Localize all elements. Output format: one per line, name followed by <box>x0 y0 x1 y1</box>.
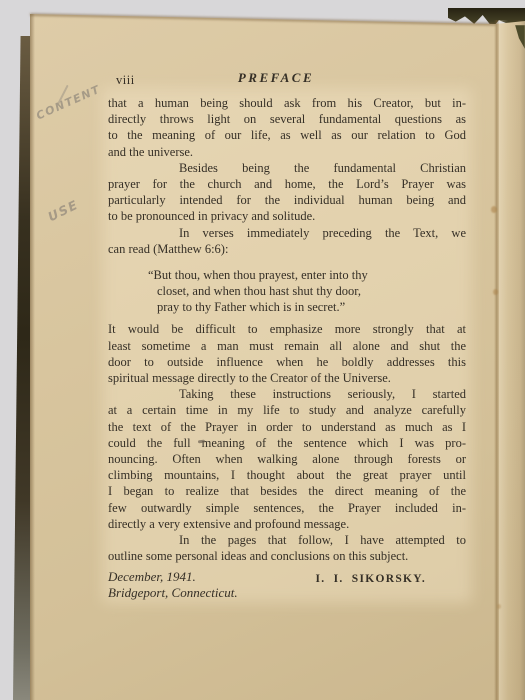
book-photo: viii PREFACE that a human being should a… <box>0 0 525 700</box>
foxing-spot <box>493 289 498 295</box>
body-text: that a human being should ask from his C… <box>108 95 466 564</box>
text-line: door to outside influence when he boldly… <box>108 354 466 370</box>
paragraph: It would be difficult to emphasize more … <box>108 321 466 386</box>
text-line: that a human being should ask from his C… <box>108 95 466 111</box>
text-line: pray to thy Father which is in secret.” <box>148 299 466 315</box>
text-line: In verses immediately preceding the Text… <box>108 225 466 241</box>
paragraph: Taking these instructions seriously, I s… <box>108 386 466 532</box>
page-number: viii <box>116 72 135 88</box>
text-line: Taking these instructions seriously, I s… <box>108 386 466 402</box>
page-crease <box>494 20 499 700</box>
paragraph: that a human being should ask from his C… <box>108 95 466 160</box>
closing-block: December, 1941. Bridgeport, Connecticut.… <box>108 569 466 600</box>
text-line: to be pronounced in privacy and solitude… <box>108 208 466 224</box>
text-line: “But thou, when thou prayest, enter into… <box>148 267 466 283</box>
text-line: can read (Matthew 6:6): <box>108 241 466 257</box>
text-line: particularly intended for the individual… <box>108 192 466 208</box>
text-line: closet, and when thou hast shut thy door… <box>148 283 466 299</box>
text-line: I began to realize that besides the dire… <box>108 483 466 499</box>
quote-block: “But thou, when thou prayest, enter into… <box>108 267 466 316</box>
text-line: outline some personal ideas and conclusi… <box>108 548 466 564</box>
text-line: spiritual message directly to the Creato… <box>108 370 466 386</box>
printed-text-block: viii PREFACE that a human being should a… <box>108 70 466 600</box>
dateline: December, 1941. Bridgeport, Connecticut. <box>108 569 238 600</box>
date-line: December, 1941. <box>108 569 238 585</box>
text-line: climbing mountains, I thought about the … <box>108 467 466 483</box>
text-line: directly a very extensive and profound m… <box>108 516 466 532</box>
text-line: to the meaning of our life, as well as o… <box>108 127 466 143</box>
text-line: could the full meaning of the sentence w… <box>108 435 466 451</box>
paragraph: Besides being the fundamental Christianp… <box>108 160 466 225</box>
text-line: directly throws light on several fundame… <box>108 111 466 127</box>
foxing-spot <box>497 604 501 609</box>
place-line: Bridgeport, Connecticut. <box>108 585 238 601</box>
text-line: at a certain time in my life to study an… <box>108 402 466 418</box>
book-cover-edge-left <box>13 36 31 700</box>
running-header: viii PREFACE <box>108 70 466 87</box>
text-line: Besides being the fundamental Christian <box>108 160 466 176</box>
foxing-spot <box>491 206 497 213</box>
page-left-edge-shadow <box>30 14 35 700</box>
text-line: few outwardly simple sentences, the Pray… <box>108 500 466 516</box>
text-line: nouncing. Often when walking alone throu… <box>108 451 466 467</box>
text-line: It would be difficult to emphasize more … <box>108 321 466 337</box>
text-line: the text of the Prayer in order to under… <box>108 419 466 435</box>
page-stack-edge <box>499 20 525 700</box>
page-title: PREFACE <box>108 70 466 86</box>
author-signature: I. I. SIKORSKY. <box>316 569 426 587</box>
text-line: and the universe. <box>108 144 466 160</box>
paragraph: In the pages that follow, I have attempt… <box>108 532 466 564</box>
paragraph: In verses immediately preceding the Text… <box>108 225 466 257</box>
text-line: least sometime a man must remain all alo… <box>108 338 466 354</box>
text-line: In the pages that follow, I have attempt… <box>108 532 466 548</box>
text-line: prayer for the church and home, the Lord… <box>108 176 466 192</box>
